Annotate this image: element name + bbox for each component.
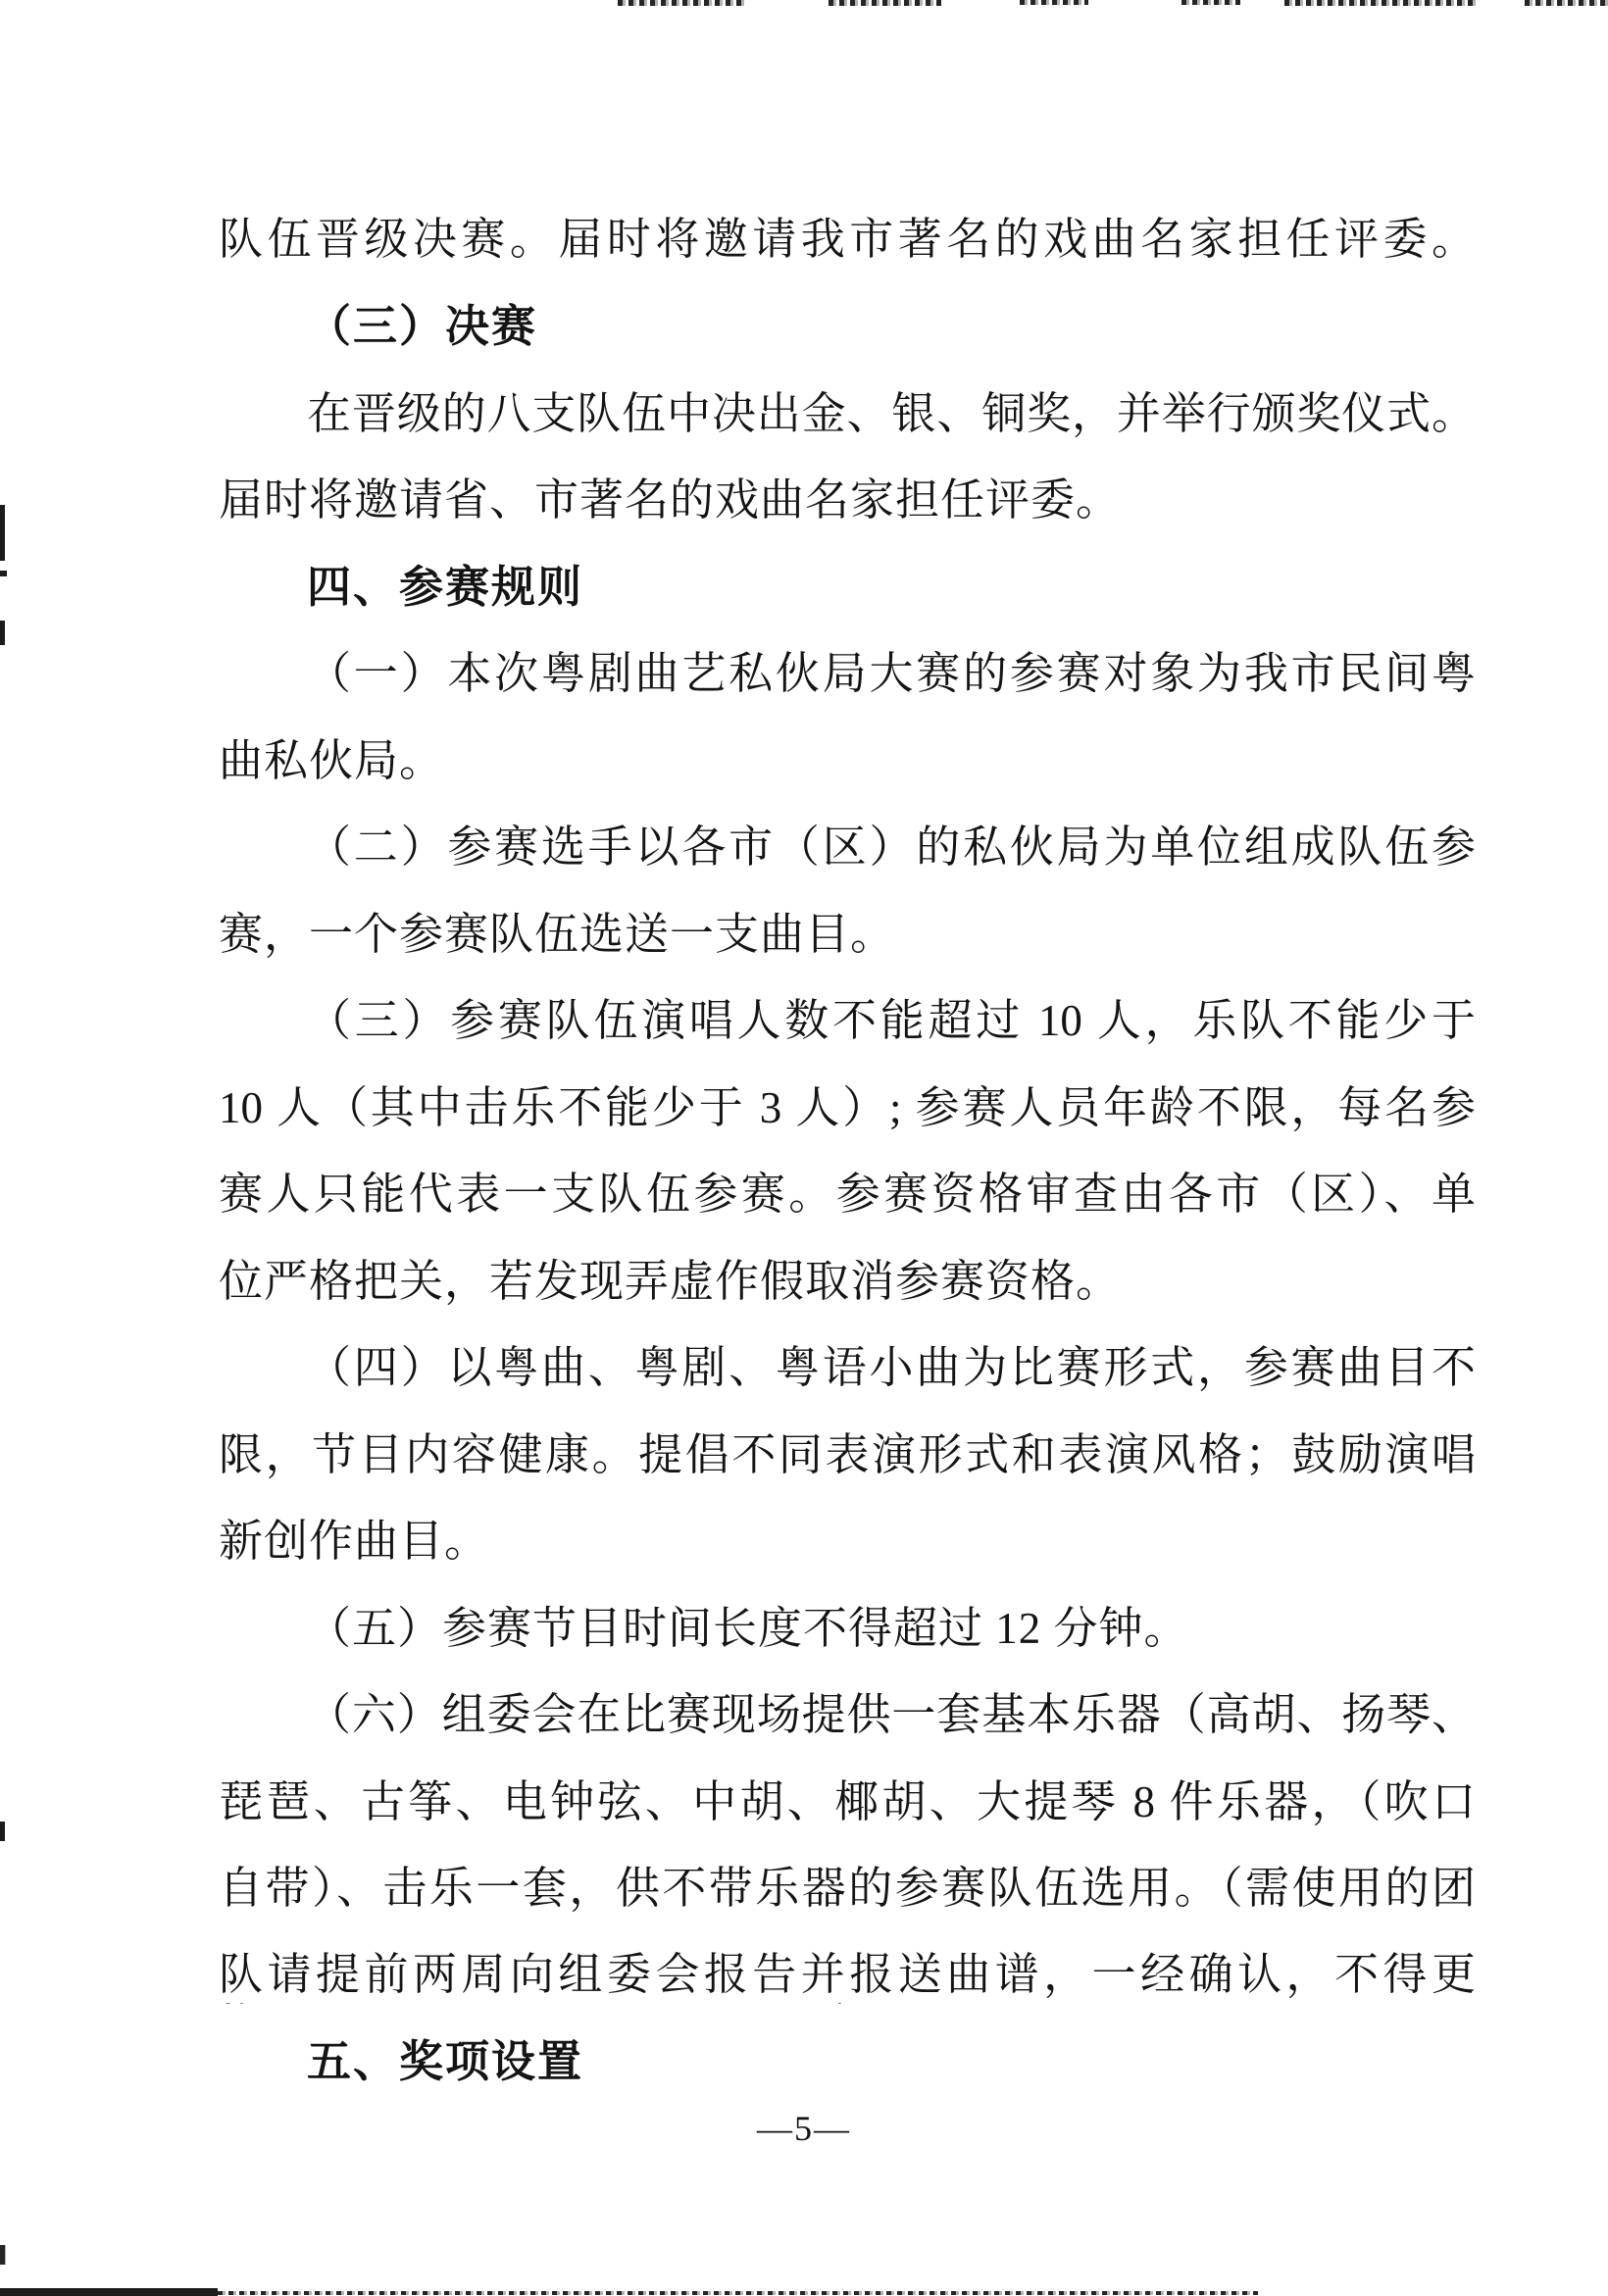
body-line: 队请提前两周向组委会报告并报送曲谱，一经确认，不得更换）。 <box>219 1949 1476 2004</box>
scan-artifact-top-2 <box>829 0 941 6</box>
body-line: 届时将邀请省、市著名的戏曲名家担任评委。 <box>219 474 1121 525</box>
scan-artifact-top-4 <box>1181 0 1240 5</box>
body-line: 曲私伙局。 <box>219 735 444 786</box>
body-line: 赛人只能代表一支队伍参赛。参赛资格审查由各市（区）、单 <box>219 1169 1476 1223</box>
body-line: （五）参赛节目时间长度不得超过 12 分钟。 <box>219 1603 1189 1654</box>
body-line: 赛，一个参赛队伍选送一支曲目。 <box>219 909 895 960</box>
scan-artifact-left-mark-1 <box>0 571 7 576</box>
scan-artifact-top-5 <box>1284 0 1476 6</box>
body-line: （二）参赛选手以各市（区）的私伙局为单位组成队伍参 <box>219 822 1476 876</box>
body-line: 10 人（其中击乐不能少于 3 人）; 参赛人员年龄不限，每名参 <box>219 1082 1476 1137</box>
page-number: —5— <box>0 2108 1608 2149</box>
body-line: 位严格把关，若发现弄虚作假取消参赛资格。 <box>219 1256 1121 1307</box>
body-line: 限，节目内容健康。提倡不同表演形式和表演风格；鼓励演唱 <box>219 1429 1476 1484</box>
heading-line: 五、奖项设置 <box>219 2036 583 2087</box>
body-line: （四）以粤曲、粤剧、粤语小曲为比赛形式，参赛曲目不 <box>219 1342 1476 1397</box>
body-line: （六）组委会在比赛现场提供一套基本乐器（高胡、扬琴、 <box>219 1689 1476 1744</box>
heading-line: （三）决赛 <box>219 301 537 352</box>
scan-artifact-left-mark-3 <box>0 2245 6 2265</box>
scan-artifact-top-1 <box>618 0 745 6</box>
body-line: 琵琶、古筝、电钟弦、中胡、椰胡、大提琴 8 件乐器，（吹口 <box>219 1776 1476 1831</box>
scan-artifact-left-bar-2 <box>0 621 5 645</box>
scan-artifact-left-mark-2 <box>0 1822 5 1841</box>
body-line: （三）参赛队伍演唱人数不能超过 10 人，乐队不能少于 <box>219 995 1476 1050</box>
scan-artifact-left-bar-1 <box>0 505 5 561</box>
heading-line: 四、参赛规则 <box>219 562 583 613</box>
body-line: 新创作曲目。 <box>219 1516 489 1567</box>
body-line: （一）本次粤剧曲艺私伙局大赛的参赛对象为我市民间粤 <box>219 648 1476 703</box>
scan-artifact-bottom-line <box>218 2291 1258 2295</box>
body-line: 队伍晋级决赛。届时将邀请我市著名的戏曲名家担任评委。 <box>219 214 1476 269</box>
scan-artifact-top-3 <box>1020 0 1088 5</box>
body-line: 自带）、击乐一套，供不带乐器的参赛队伍选用。（需使用的团 <box>219 1863 1476 1918</box>
scan-artifact-bottom-bar <box>0 2288 218 2296</box>
document-page: 队伍晋级决赛。届时将邀请我市著名的戏曲名家担任评委。 （三）决赛 在晋级的八支队… <box>0 0 1608 2296</box>
body-line: 在晋级的八支队伍中决出金、银、铜奖，并举行颁奖仪式。 <box>219 388 1476 443</box>
scan-artifact-top-6 <box>1525 0 1608 6</box>
